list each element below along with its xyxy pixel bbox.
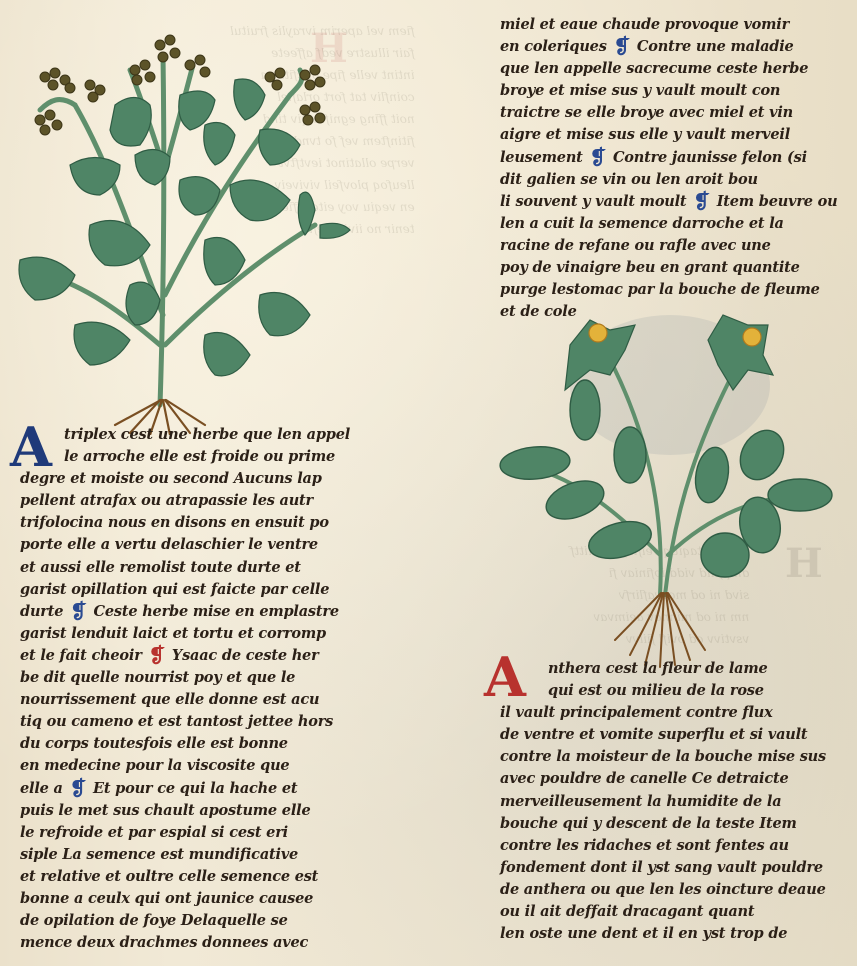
text-line: qui est ou milieu de la rose: [500, 680, 840, 702]
text-line: leusement ❡ Contre jaunisse felon (si: [500, 147, 830, 169]
text-line: et aussi elle remolist toute durte et: [20, 557, 360, 579]
text-line: contre la moisteur de la bouche mise sus: [500, 746, 840, 768]
text-line: dit galien se vin ou len aroit bou: [500, 169, 830, 191]
roots: [615, 593, 705, 667]
left-column-text: triplex cest une herbe que len appel le …: [20, 424, 360, 954]
text-line: porte elle a vertu delaschier le ventre: [20, 534, 360, 556]
text-line: len oste une dent et il en yst trop de: [500, 923, 840, 945]
text-line: mence deux drachmes donnees avec: [20, 932, 360, 954]
paragraph-mark-icon: ❡: [693, 192, 710, 210]
paragraph-mark-icon: ❡: [70, 779, 87, 797]
text-line: et relative et oultre celle semence est: [20, 866, 360, 888]
text-line: de opilation de foye Delaquelle se: [20, 910, 360, 932]
text-line: en coleriques ❡ Contre une maladie: [500, 36, 830, 58]
text-line: siple La semence est mundificative: [20, 844, 360, 866]
text-line: de anthera ou que len les oincture deaue: [500, 879, 840, 901]
text-line: tiq ou cameno et est tantost jettee hors: [20, 711, 360, 733]
text-line: broye et mise sus y vault moult con: [500, 80, 830, 102]
text-line: miel et eaue chaude provoque vomir: [500, 14, 830, 36]
text-line: puis le met sus chault apostume elle: [20, 800, 360, 822]
text-line: que len appelle sacrecume ceste herbe: [500, 58, 830, 80]
text-line: aigre et mise sus elle y vault merveil: [500, 124, 830, 146]
text-line: purge lestomac par la bouche de fleume: [500, 279, 830, 301]
text-line: triplex cest une herbe que len appel: [20, 424, 360, 446]
text-line: durte ❡ Ceste herbe mise en emplastre: [20, 601, 360, 623]
text-line: trifolocina nous en disons en ensuit po: [20, 512, 360, 534]
text-line: de ventre et vomite superflu et si vault: [500, 724, 840, 746]
paragraph-mark-icon: ❡: [614, 37, 631, 55]
toothed-leaves: [19, 79, 350, 376]
text-line: contre les ridaches et sont fentes au: [500, 835, 840, 857]
text-line: garist lenduit laict et tortu et corromp: [20, 623, 360, 645]
text-line: elle a ❡ Et pour ce qui la hache et: [20, 778, 360, 800]
text-line: len a cuit la semence darroche et la: [500, 213, 830, 235]
text-line: racine de refane ou rafle avec une: [500, 235, 830, 257]
text-line: li souvent y vault moult ❡ Item beuvre o…: [500, 191, 830, 213]
right-column-bottom-text: nthera cest la fleur de lame qui est ou …: [500, 658, 840, 945]
right-column-top-text: miel et eaue chaude provoque vomir en co…: [500, 14, 830, 323]
text-line: ou il ait deffait dracagant quant: [500, 901, 840, 923]
text-line: traictre se elle broye avec miel et vin: [500, 102, 830, 124]
text-line: et le fait cheoir ❡ Ysaac de ceste her: [20, 645, 360, 667]
text-line: nourrissement que elle donne est acu: [20, 689, 360, 711]
text-line: du corps toutesfois elle est bonne: [20, 733, 360, 755]
berry-plant-illustration: [15, 15, 355, 435]
text-line: avec pouldre de canelle Ce detraicte: [500, 768, 840, 790]
text-line: en medecine pour la viscosite que: [20, 755, 360, 777]
text-line: merveilleusement la humidite de la: [500, 791, 840, 813]
paragraph-mark-icon: ❡: [149, 646, 166, 664]
text-line: garist opillation qui est faicte par cel…: [20, 579, 360, 601]
text-line: degre et moiste ou second Aucuns lap: [20, 468, 360, 490]
text-line: fondement dont il yst sang vault pouldre: [500, 857, 840, 879]
flowering-plant-illustration: [490, 305, 835, 670]
text-line: il vault principalement contre flux: [500, 702, 840, 724]
text-line: be dit quelle nourrist poy et que le: [20, 667, 360, 689]
text-line: poy de vinaigre beu en grant quantite: [500, 257, 830, 279]
text-line: le arroche elle est froide ou prime: [20, 446, 360, 468]
text-line: pellent atrafax ou atrapassie les autr: [20, 490, 360, 512]
text-line: bonne a ceulx qui ont jaunice causee: [20, 888, 360, 910]
text-line: bouche qui y descent de la teste Item: [500, 813, 840, 835]
paragraph-mark-icon: ❡: [590, 148, 607, 166]
text-line: et de cole: [500, 301, 830, 323]
paragraph-mark-icon: ❡: [70, 602, 87, 620]
text-line: nthera cest la fleur de lame: [500, 658, 840, 680]
text-line: le refroide et par espial si cest eri: [20, 822, 360, 844]
